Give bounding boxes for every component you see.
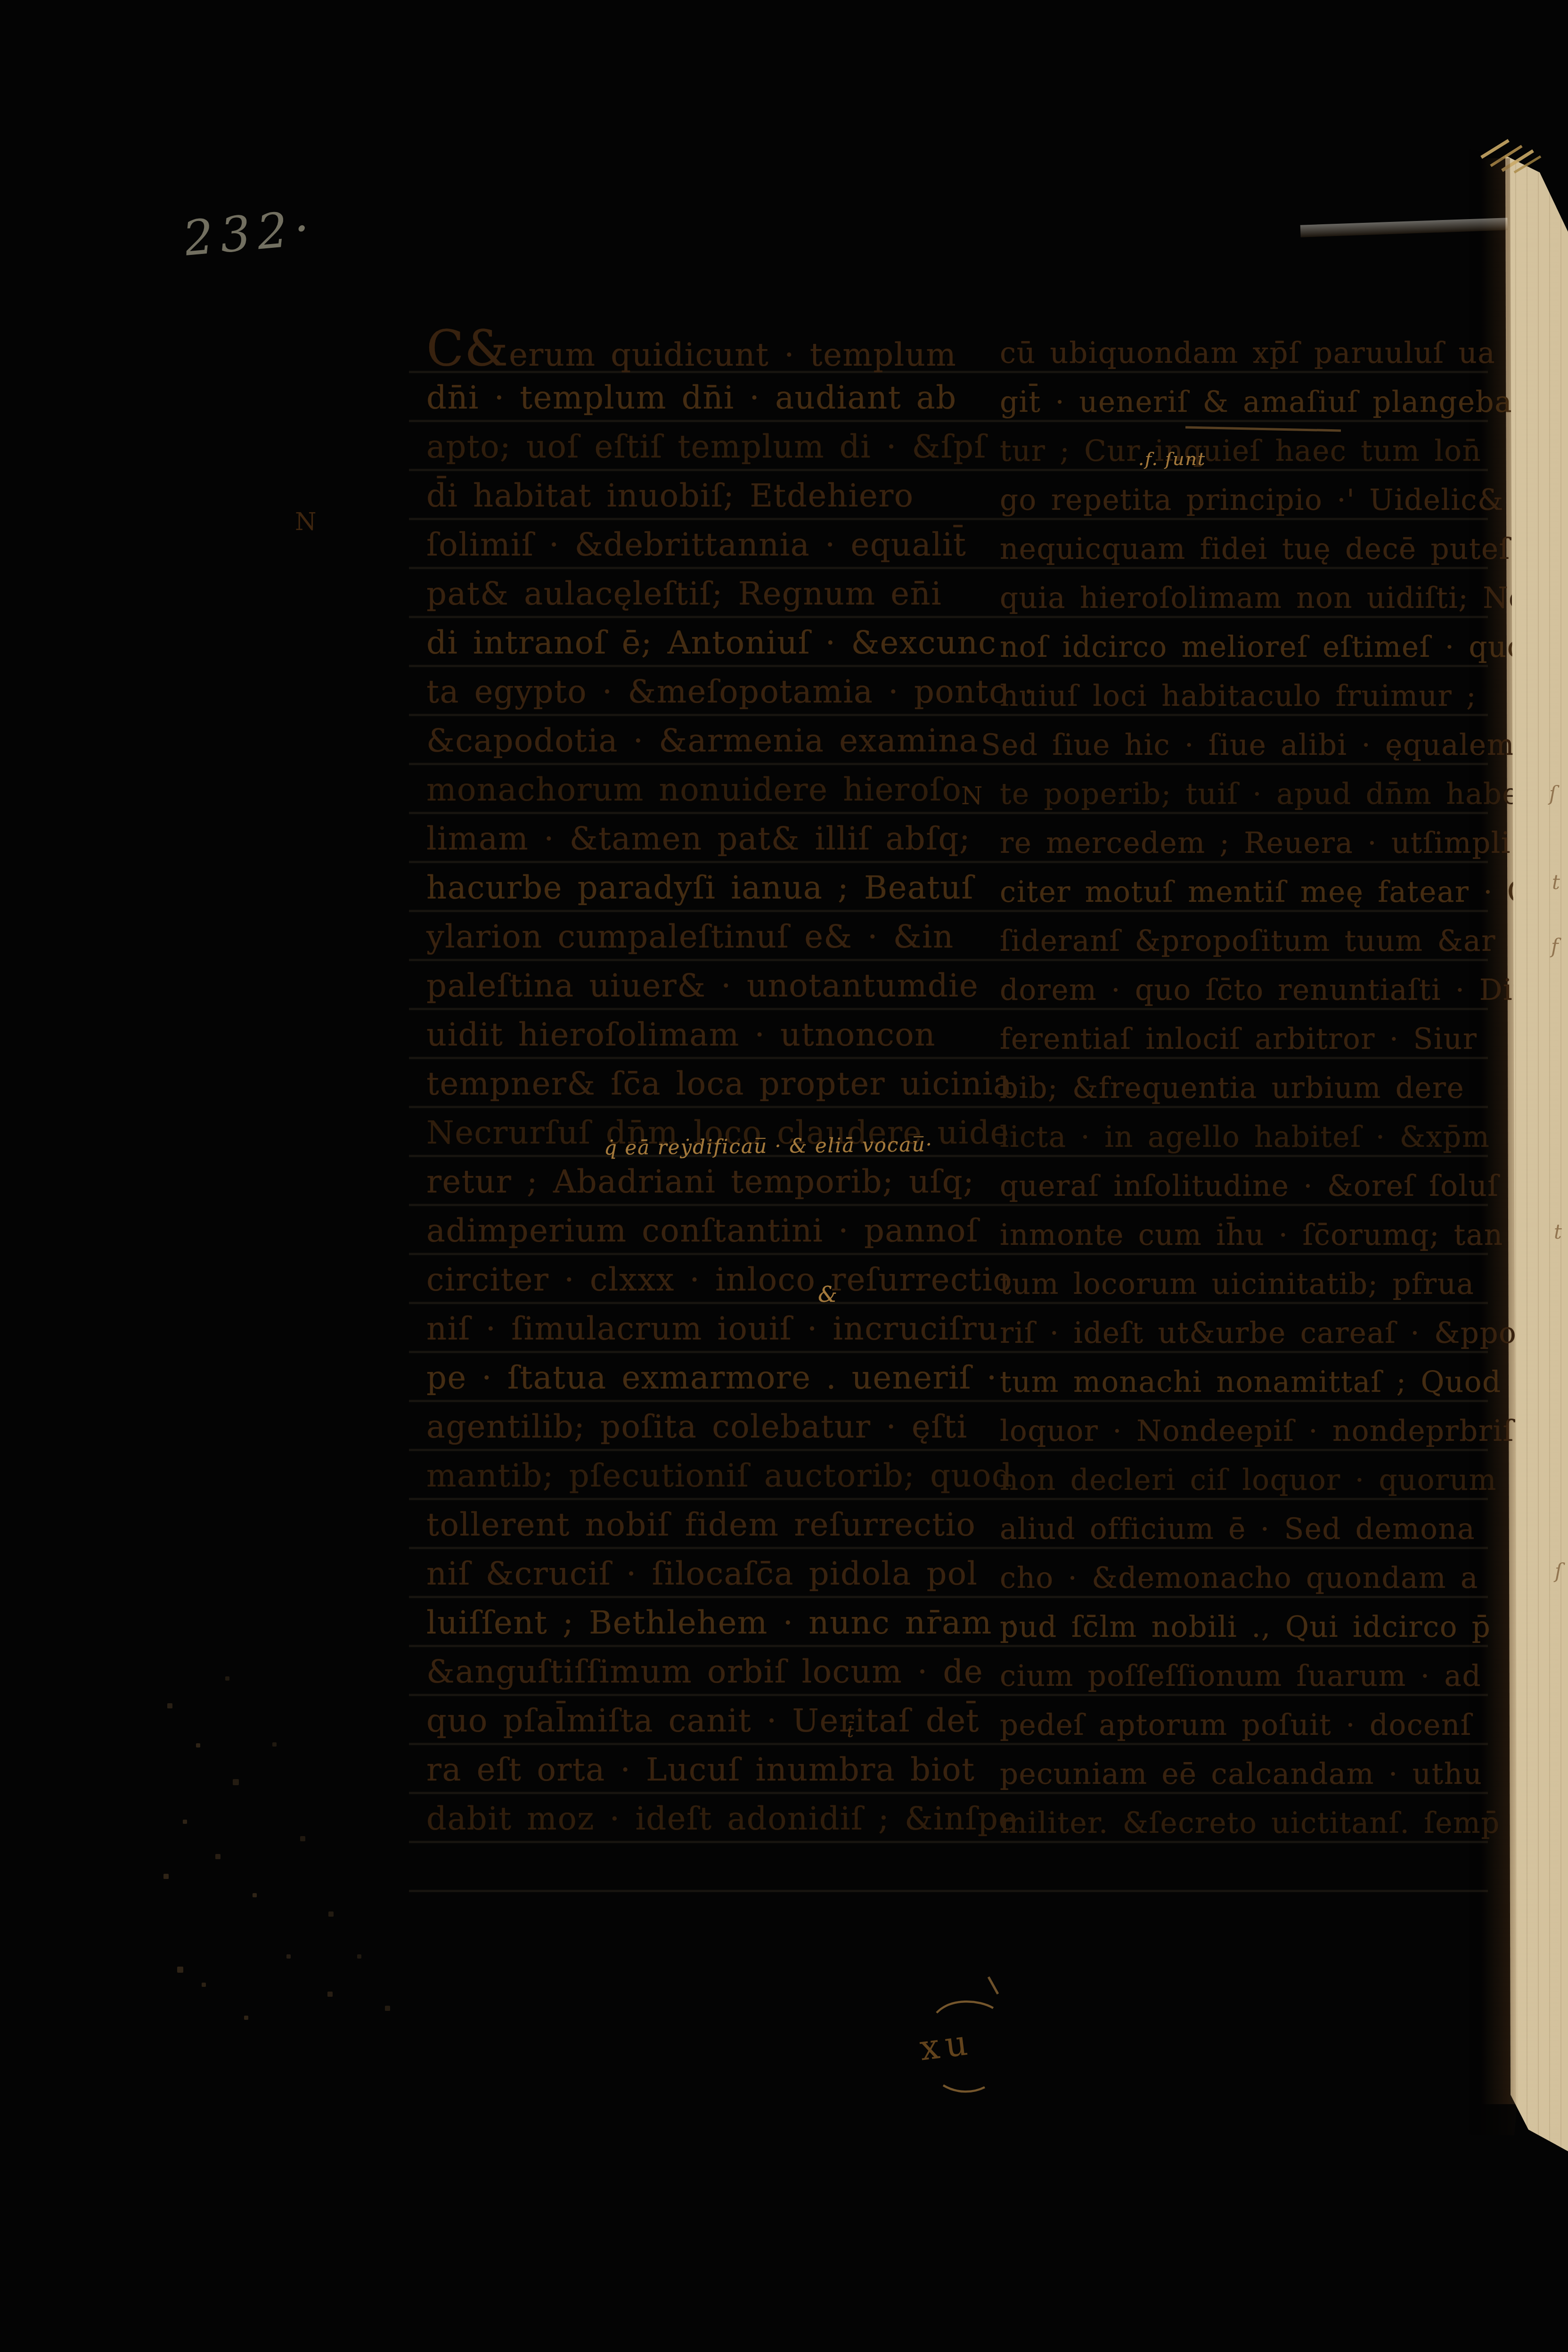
text-line: adimperium conſtantini · pannoſ	[426, 1206, 1035, 1255]
text-line: d̄i habitat inuobiſ; Etdehiero	[426, 471, 1035, 520]
text-line: pud ſc̄lm nobili ., Qui idcirco p̄	[1000, 1603, 1567, 1652]
text-line: ferentiaſ inlociſ arbitror · Siur	[1000, 1015, 1567, 1064]
text-line: circiter · clxxx · inloco reſurrectio	[426, 1255, 1035, 1304]
parchment-page: 232· N N C&erum quidicunt · templumdn̄i …	[0, 0, 1568, 2352]
text-line: mantib; pſecutioniſ auctorib; quod	[426, 1451, 1035, 1500]
text-line: go repetita principio ·' Uidelic&	[1000, 476, 1567, 525]
text-line: aliud officium ē · Sed demona	[1000, 1505, 1567, 1554]
text-line: &capodotia · &armenia examina	[426, 716, 1035, 765]
text-line: paleſtina uiuer& · unotantumdie	[426, 961, 1035, 1010]
text-line: pe · ſtatua exmarmore . ueneriſ ·	[426, 1353, 1035, 1402]
text-line: loquor · Nondeepiſ · nondeprbriſ ·	[1000, 1407, 1567, 1456]
text-line: tur ; Cur inquieſ haec tum lon̄	[1000, 427, 1567, 476]
text-line: &anguſtiſſimum orbiſ locum · de	[426, 1647, 1035, 1696]
text-line: C&erum quidicunt · templum	[426, 324, 1035, 373]
text-line: limam · &tamen pat& illiſ abſq;	[426, 814, 1035, 863]
text-line: ſideranſ &propoſitum tuum &ar	[1000, 917, 1567, 966]
text-line: militer. &ſecreto uictitanſ. ſemp̄	[1000, 1799, 1567, 1848]
text-line: cū ubiquondam xp̄ſ paruuluſ ua	[1000, 329, 1567, 378]
interlinear-gloss-et: &	[818, 1282, 838, 1307]
text-line: ylarion cumpaleſtinuſ e& · &in	[426, 912, 1035, 961]
showthrough-letter: f	[1551, 935, 1559, 958]
text-line: huiuſ loci habitaculo fruimur ;	[1000, 672, 1567, 721]
pencil-page-number: 232·	[180, 200, 318, 267]
text-line: tum locorum uicinitatib; pfrua	[1000, 1260, 1567, 1309]
text-line: tum monachi nonamittaſ ; Quod	[1000, 1358, 1567, 1407]
text-line: inmonte cum ih̄u · ſc̄orumq; tan	[1000, 1211, 1567, 1260]
photo-black-backdrop: ſtftſ 232· N N C&erum quidicunt · templu…	[0, 0, 1568, 2352]
text-line: quia hieroſolimam non uidiſti; Nec	[1000, 574, 1567, 623]
text-line: hacurbe paradyſi ianua ; Beatuſ	[426, 863, 1035, 912]
text-line: dorem · quo ſc̄to renuntiaſti · Dif	[1000, 966, 1567, 1015]
interlinear-gloss-t: t̄	[847, 1723, 855, 1741]
text-line: retur ; Abadriani temporib; uſq;	[426, 1157, 1035, 1206]
text-line: pat& aulacęleſtiſ; Regnum en̄i	[426, 569, 1035, 618]
text-line: luiſſent ; Bethlehem · nunc nr̄am ·	[426, 1598, 1035, 1647]
text-line: agentilib; poſita colebatur · ęſti	[426, 1402, 1035, 1451]
text-line: re mercedem ; Reuera · utſimpli	[1000, 819, 1567, 868]
text-line: dn̄i · templum dn̄i · audiant ab	[426, 373, 1035, 422]
interlinear-gloss-sunt: .f. ſunt	[1138, 449, 1206, 469]
text-line: di intranoſ ē; Antoniuſ · &excunc	[426, 618, 1035, 667]
text-line: non decleri ciſ loquor · quorum	[1000, 1456, 1567, 1505]
text-line: Sed ſiue hic · ſiue alibi · ęqualem	[981, 721, 1567, 770]
text-line: te poperib; tuiſ · apud dn̄m habe	[1000, 770, 1567, 819]
text-line: uidit hieroſolimam · utnoncon	[426, 1010, 1035, 1059]
showthrough-letter: t	[1554, 1220, 1562, 1243]
text-line: tollerent nobiſ fidem reſurrectio	[426, 1500, 1035, 1549]
text-column-right: cū ubiquondam xp̄ſ paruuluſ uagit̄ · uen…	[1000, 329, 1567, 1848]
text-line: cium poſſeſſionum ſuarum · ad	[1000, 1652, 1567, 1701]
quire-flourish-icon	[919, 1969, 1022, 2097]
horizontal-crease	[1300, 218, 1508, 237]
margin-letter-n-left: N	[295, 508, 317, 536]
text-line: ſolimiſ · &debrittannia · equalit̄	[426, 520, 1035, 569]
text-line: ta egypto · &meſopotamia · ponto ·	[426, 667, 1035, 716]
text-line: riſ · ideſt ut&urbe careaſ · &ppoſi	[1000, 1309, 1567, 1358]
text-line: noſ idcirco melioreſ eſtimeſ · quod	[1000, 623, 1567, 672]
text-line: pedeſ aptorum poſuit · docenſ	[1000, 1701, 1567, 1750]
text-line: ra eſt orta · Lucuſ inumbra biot	[426, 1745, 1035, 1794]
text-line: niſ · ſimulacrum iouiſ · incruciſru	[426, 1304, 1035, 1353]
text-line: quo pſal̄miſta canit · Ueritaſ det̄	[426, 1696, 1035, 1745]
text-line: queraſ inſolitudine · &oreſ ſoluſ	[1000, 1162, 1567, 1211]
text-line: citer motuſ mentiſ meę fatear · Con	[1000, 868, 1567, 917]
text-line: dabit moz · ideſt adonidiſ ; &inſpe	[426, 1794, 1035, 1843]
text-line: bib; &frequentia urbium dere	[1000, 1064, 1567, 1113]
text-line: niſ &cruciſ · ſilocaſc̄a pidola pol	[426, 1549, 1035, 1598]
text-line: nequicquam fidei tuę decē puteſ ·'	[1000, 525, 1567, 574]
interlinear-gloss-hadrian: q̇ eā reẏdificau̅ · & eliā vocau̅·	[604, 1133, 933, 1159]
text-line: tempner& ſc̄a loca propter uicinia	[426, 1059, 1035, 1108]
text-line: apto; uoſ eſtiſ templum di · &ſpſ	[426, 422, 1035, 471]
text-line: pecuniam eē calcandam · uthu	[1000, 1750, 1567, 1799]
text-line: git̄ · ueneriſ & amaſiuſ plangeban̄	[1000, 378, 1567, 427]
showthrough-letter: t	[1552, 871, 1560, 894]
showthrough-letter: ſ	[1549, 782, 1557, 805]
text-line: monachorum nonuidere hieroſo	[426, 765, 1035, 814]
text-column-left: C&erum quidicunt · templumdn̄i · templum…	[426, 324, 1035, 1843]
text-line: cho · &demonacho quondam a	[1000, 1554, 1567, 1603]
showthrough-letter: ſ	[1555, 1560, 1562, 1583]
parchment-speckles	[0, 0, 0, 0]
text-line: licta · in agello habiteſ · &xp̄m	[1000, 1113, 1567, 1162]
